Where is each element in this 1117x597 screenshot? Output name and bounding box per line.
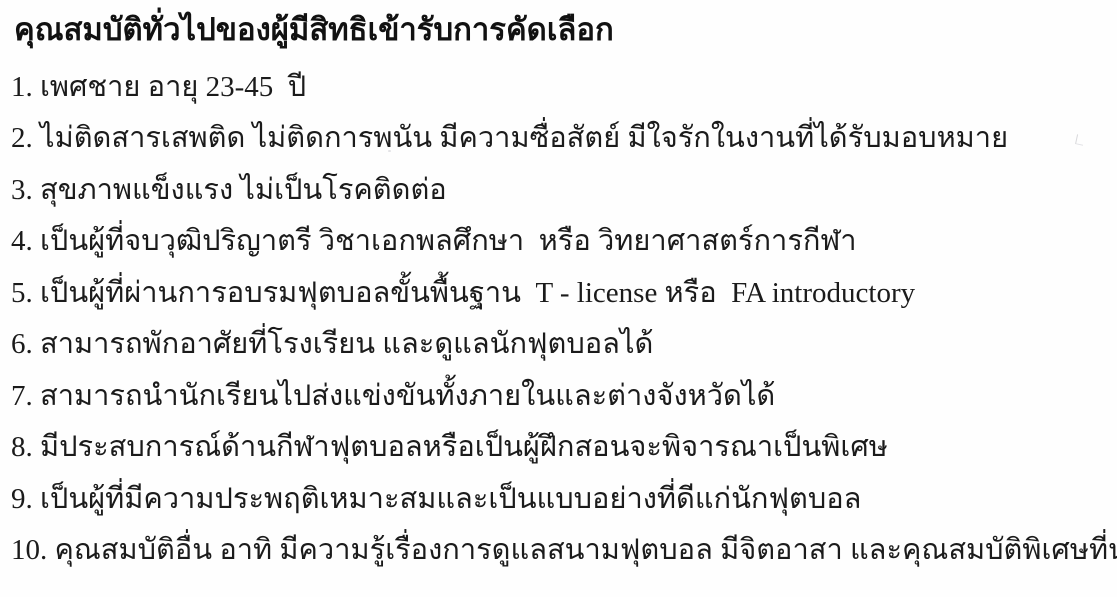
list-item: 7. สามารถนำนักเรียนไปส่งแข่งขันทั้งภายใน… <box>11 369 1117 421</box>
list-item: 3. สุขภาพแข็งแรง ไม่เป็นโรคติดต่อ <box>11 163 1117 215</box>
list-item: 4. เป็นผู้ที่จบวุฒิปริญาตรี วิชาเอกพลศึก… <box>11 215 1117 267</box>
scan-artifact <box>388 150 391 152</box>
list-item: 9. เป็นผู้ที่มีความประพฤติเหมาะสมและเป็น… <box>11 472 1117 524</box>
list-item: 6. สามารถพักอาศัยที่โรงเรียน และดูแลนักฟ… <box>11 318 1117 370</box>
list-item: 8. มีประสบการณ์ด้านกีฬาฟุตบอลหรือเป็นผู้… <box>11 421 1117 473</box>
document-title: คุณสมบัติทั่วไปของผู้มีสิทธิเข้ารับการคั… <box>0 0 1117 52</box>
document-page: คุณสมบัติทั่วไปของผู้มีสิทธิเข้ารับการคั… <box>0 0 1117 597</box>
list-item: 10. คุณสมบัติอื่น อาทิ มีความรู้เรื่องกา… <box>11 524 1117 576</box>
list-item: 5. เป็นผู้ที่ผ่านการอบรมฟุตบอลขั้นพื้นฐา… <box>11 266 1117 318</box>
list-item: 2. ไม่ติดสารเสพติด ไม่ติดการพนัน มีความซ… <box>11 112 1117 164</box>
list-item: 1. เพศชาย อายุ 23-45 ปี <box>11 60 1117 112</box>
qualification-list: 1. เพศชาย อายุ 23-45 ปี 2. ไม่ติดสารเสพต… <box>0 60 1117 575</box>
